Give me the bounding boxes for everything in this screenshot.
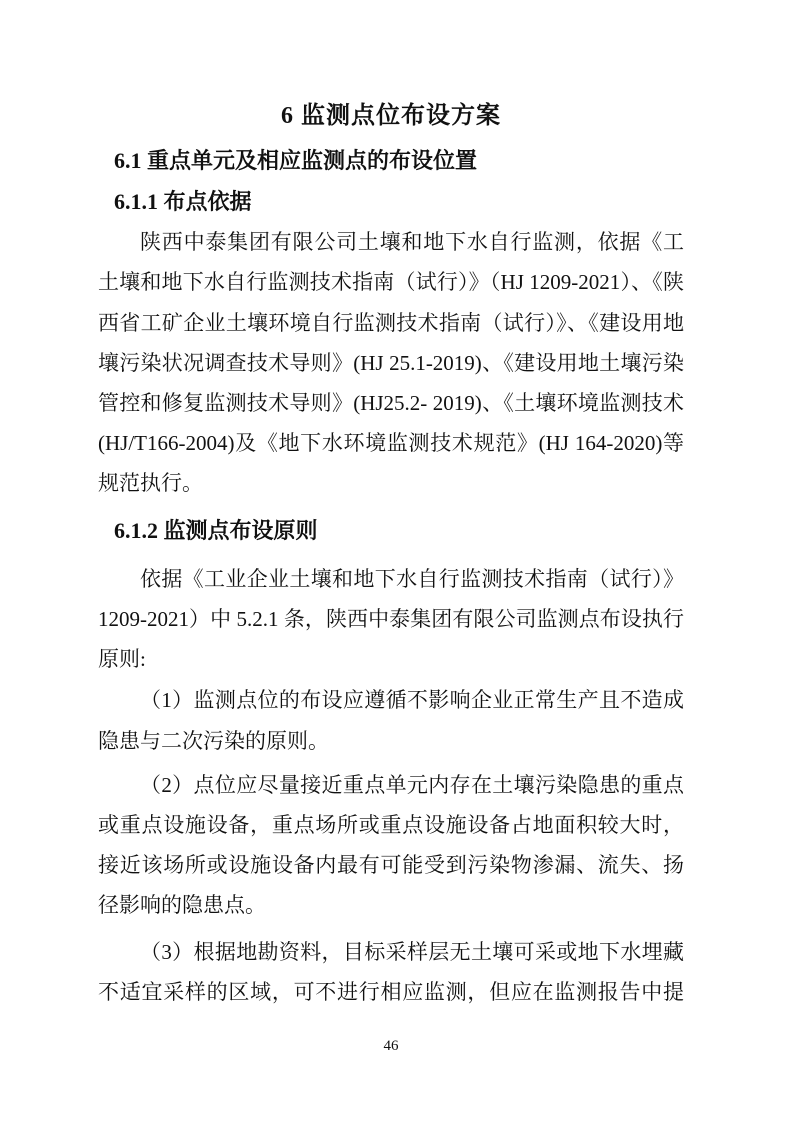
page-number: 46 <box>98 1036 684 1056</box>
text-line: （2）点位应尽量接近重点单元内存在土壤污染隐患的重点场所 <box>98 765 684 805</box>
text-line: 原则: <box>98 639 684 679</box>
text-line: 依据《工业企业土壤和地下水自行监测技术指南（试行）》（HJ <box>98 559 684 599</box>
document-content: 6 监测点位布设方案 6.1 重点单元及相应监测点的布设位置 6.1.1 布点依… <box>98 0 684 1056</box>
paragraph-basis: 陕西中泰集团有限公司土壤和地下水自行监测，依据《工业企业 土壤和地下水自行监测技… <box>98 222 684 503</box>
heading-6-1-1: 6.1.1 布点依据 <box>114 182 684 222</box>
principle-item-2: （2）点位应尽量接近重点单元内存在土壤污染隐患的重点场所 或重点设施设备，重点场… <box>98 765 684 926</box>
text-line: 隐患与二次污染的原则。 <box>98 721 684 761</box>
text-line: 陕西中泰集团有限公司土壤和地下水自行监测，依据《工业企业 <box>98 222 684 262</box>
text-line: 西省工矿企业土壤环境自行监测技术指南（试行）》、《建设用地土 <box>98 303 684 343</box>
principle-item-3: （3）根据地勘资料，目标采样层无土壤可采或地下水埋藏条件 不适宜采样的区域，可不… <box>98 932 684 1012</box>
text-line: （3）根据地勘资料，目标采样层无土壤可采或地下水埋藏条件 <box>98 932 684 972</box>
text-line: 土壤和地下水自行监测技术指南（试行）》（HJ 1209-2021）、《陕 <box>98 262 684 302</box>
text-line: 规范执行。 <box>98 463 684 503</box>
text-line: 不适宜采样的区域，可不进行相应监测，但应在监测报告中提供地勘 <box>98 972 684 1012</box>
text-line: 接近该场所或设施设备内最有可能受到污染物渗漏、流失、扬散等途 <box>98 845 684 885</box>
chapter-title: 6 监测点位布设方案 <box>98 96 684 136</box>
text-line: 或重点设施设备，重点场所或重点设施设备占地面积较大时，应尽量 <box>98 805 684 845</box>
heading-6-1: 6.1 重点单元及相应监测点的布设位置 <box>114 141 684 181</box>
paragraph-principles-intro: 依据《工业企业土壤和地下水自行监测技术指南（试行）》（HJ 1209-2021）… <box>98 559 684 680</box>
document-page: 6 监测点位布设方案 6.1 重点单元及相应监测点的布设位置 6.1.1 布点依… <box>0 0 793 1122</box>
text-line: （1）监测点位的布设应遵循不影响企业正常生产且不造成安全 <box>98 680 684 720</box>
principle-item-1: （1）监测点位的布设应遵循不影响企业正常生产且不造成安全 隐患与二次污染的原则。 <box>98 680 684 760</box>
heading-6-1-2: 6.1.2 监测点布设原则 <box>114 511 684 551</box>
text-line: 1209-2021）中 5.2.1 条，陕西中泰集团有限公司监测点布设执行以下 <box>98 599 684 639</box>
text-line: 管控和修复监测技术导则》(HJ25.2- 2019)、《土壤环境监测技术规范》 <box>98 383 684 423</box>
text-line: (HJ/T166-2004)及《地下水环境监测技术规范》(HJ 164-2020… <box>98 423 684 463</box>
text-line: 径影响的隐患点。 <box>98 885 684 925</box>
text-line: 壤污染状况调查技术导则》(HJ 25.1-2019)、《建设用地土壤污染风险 <box>98 343 684 383</box>
